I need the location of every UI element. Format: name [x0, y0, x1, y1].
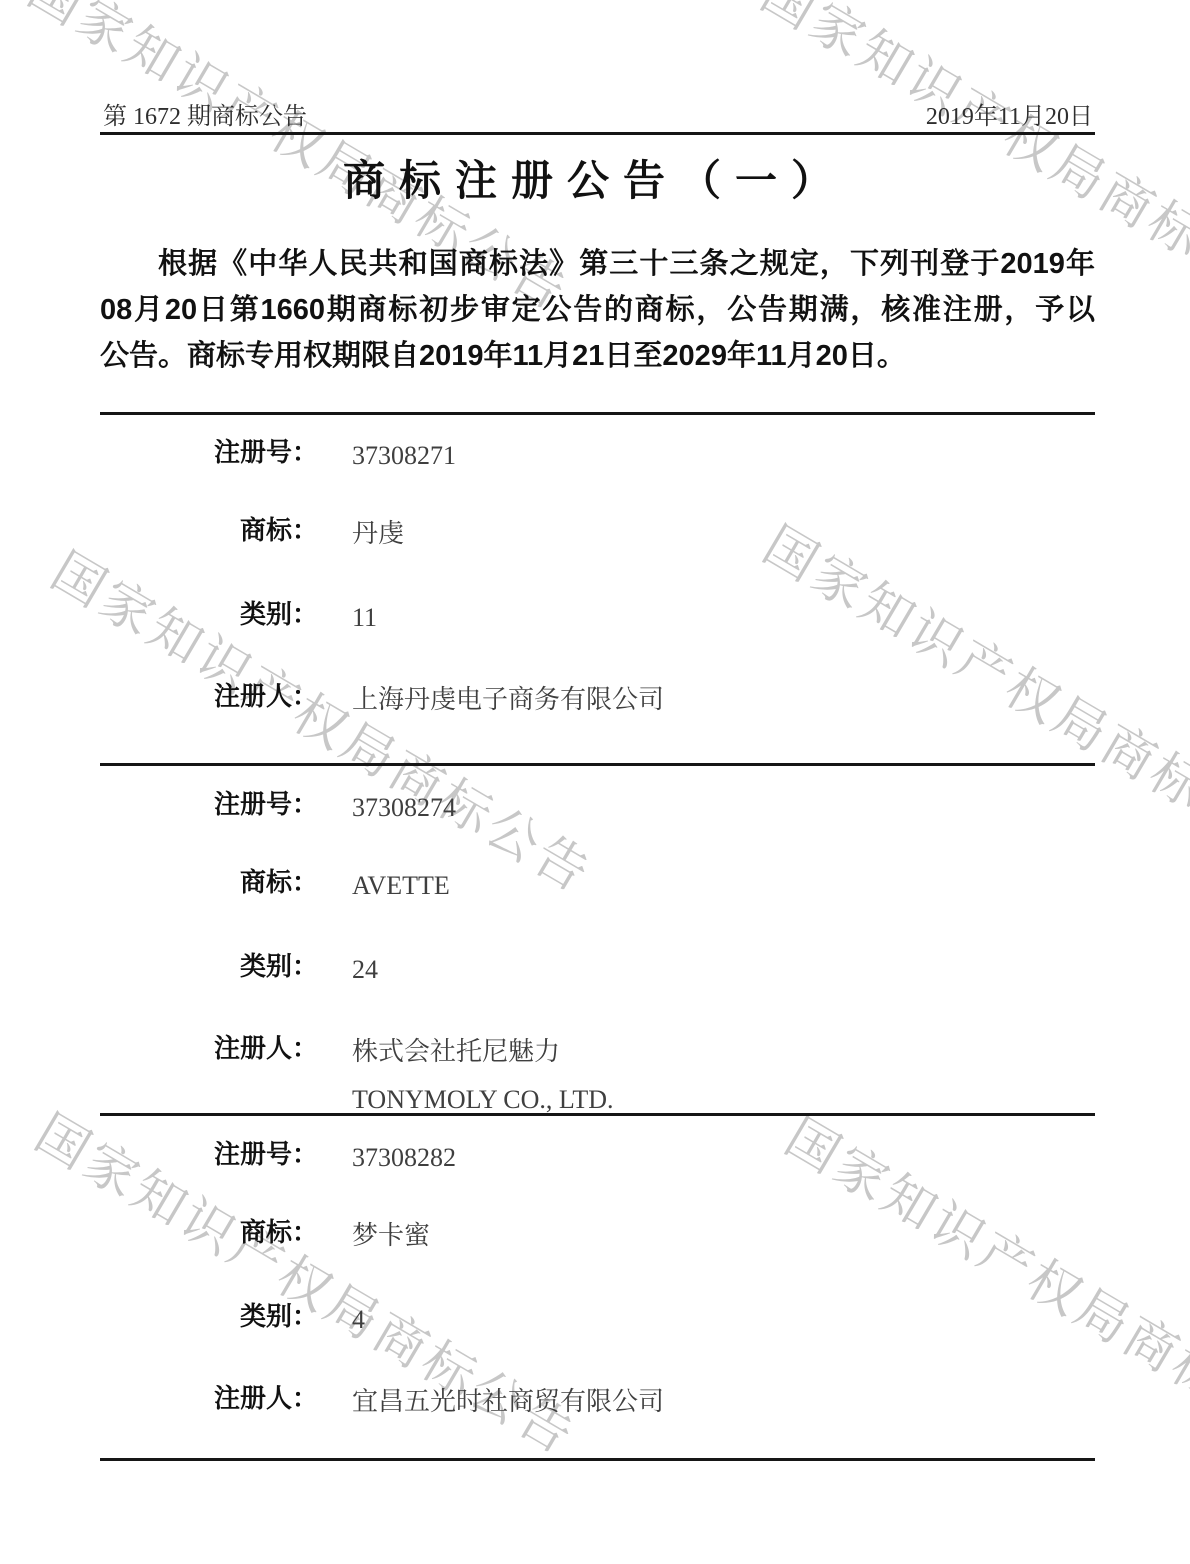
- intro-line: 公告。商标专用权期限自2019年11月21日至2029年11月20日。: [100, 333, 1095, 379]
- field-label: 类别：: [100, 594, 318, 631]
- bottom-divider: [100, 1458, 1095, 1461]
- field-label: 商标：: [100, 1212, 318, 1249]
- field-label: 注册号：: [100, 1134, 318, 1171]
- section-divider: [100, 412, 1095, 415]
- field-value: 24: [352, 946, 1052, 994]
- header-date: 2019年11月20日: [926, 96, 1093, 131]
- field-value: 37308282: [352, 1134, 1052, 1182]
- field-value: 37308271: [352, 432, 1052, 480]
- field-label: 注册人：: [100, 676, 318, 713]
- field-label: 商标：: [100, 510, 318, 547]
- field-label: 注册人：: [100, 1028, 318, 1065]
- field-value: 37308274: [352, 784, 1052, 832]
- field-value: 宜昌五光时社商贸有限公司: [352, 1378, 1052, 1426]
- header-divider: [100, 132, 1095, 135]
- field-value: 4: [352, 1296, 1052, 1344]
- field-value: 株式会社托尼魅力 TONYMOLY CO., LTD.: [352, 1028, 1052, 1124]
- section-divider: [100, 1113, 1095, 1116]
- issue-label: 第 1672 期商标公告: [103, 96, 307, 131]
- field-value: 丹虔: [352, 510, 1052, 558]
- field-value: 梦卡蜜: [352, 1212, 1052, 1260]
- section-divider: [100, 763, 1095, 766]
- registrant-line: TONYMOLY CO., LTD.: [352, 1076, 1052, 1124]
- intro-line: 08月20日第1660期商标初步审定公告的商标，公告期满，核准注册，予以: [100, 287, 1095, 333]
- field-label: 注册号：: [100, 784, 318, 821]
- field-value: 上海丹虔电子商务有限公司: [352, 676, 1052, 724]
- intro-line: 根据《中华人民共和国商标法》第三十三条之规定，下列刊登于2019年: [100, 241, 1095, 287]
- field-label: 注册号：: [100, 432, 318, 469]
- field-value: AVETTE: [352, 862, 1052, 910]
- field-label: 注册人：: [100, 1378, 318, 1415]
- registrant-line: 株式会社托尼魅力: [352, 1028, 1052, 1076]
- field-value: 11: [352, 594, 1052, 642]
- intro-paragraph: 根据《中华人民共和国商标法》第三十三条之规定，下列刊登于2019年 08月20日…: [100, 241, 1095, 379]
- field-label: 类别：: [100, 946, 318, 983]
- field-label: 类别：: [100, 1296, 318, 1333]
- announcement-page: 国家知识产权局商标公告 国家知识产权局商标公告 国家知识产权局商标公告 国家知识…: [0, 0, 1190, 1564]
- page-title: 商标注册公告（一）: [0, 148, 1190, 208]
- field-label: 商标：: [100, 862, 318, 899]
